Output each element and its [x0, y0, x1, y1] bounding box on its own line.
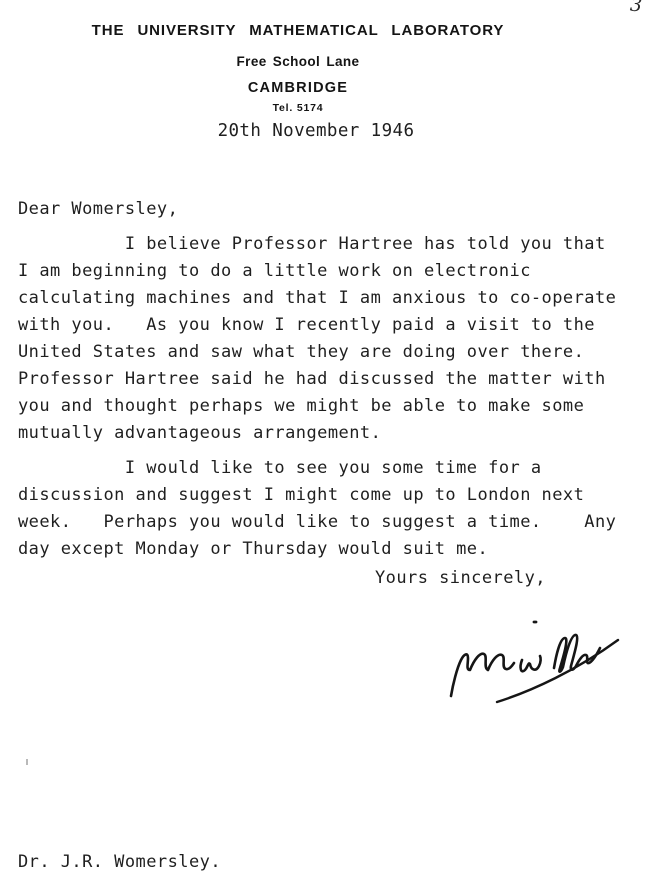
letter-date: 20th November 1946: [0, 121, 632, 141]
body-line: discussion and suggest I might come up t…: [18, 482, 616, 509]
letter-body: Dear Womersley, I believe Professor Hart…: [18, 196, 616, 563]
handwritten-signature-icon: [437, 608, 649, 720]
letterhead-address: Free School Lane: [0, 55, 596, 69]
body-line: day except Monday or Thursday would suit…: [18, 536, 616, 563]
closing: Yours sincerely,: [375, 568, 546, 588]
paragraph-1: I believe Professor Hartree has told you…: [18, 231, 616, 447]
letterhead: THE UNIVERSITY MATHEMATICAL LABORATORY F…: [0, 23, 596, 114]
letterhead-telephone: Tel. 5174: [0, 103, 596, 114]
letter-page: 3 THE UNIVERSITY MATHEMATICAL LABORATORY…: [0, 0, 650, 888]
letterhead-city: CAMBRIDGE: [0, 81, 596, 96]
handwritten-page-number: 3: [629, 0, 643, 16]
paragraph-2: I would like to see you some time for a …: [18, 455, 616, 563]
body-line: I would like to see you some time for a: [18, 455, 616, 482]
salutation: Dear Womersley,: [18, 196, 616, 223]
recipient-line: Dr. J.R. Womersley.: [18, 852, 221, 872]
scan-artifact-speck: [26, 759, 28, 765]
body-line: United States and saw what they are doin…: [18, 339, 616, 366]
body-line: calculating machines and that I am anxio…: [18, 285, 616, 312]
body-line: with you. As you know I recently paid a …: [18, 312, 616, 339]
body-line: I believe Professor Hartree has told you…: [18, 231, 616, 258]
body-line: I am beginning to do a little work on el…: [18, 258, 616, 285]
letterhead-organization: THE UNIVERSITY MATHEMATICAL LABORATORY: [0, 23, 596, 38]
body-line: you and thought perhaps we might be able…: [18, 393, 616, 420]
body-line: week. Perhaps you would like to suggest …: [18, 509, 616, 536]
body-line: Professor Hartree said he had discussed …: [18, 366, 616, 393]
body-line: mutually advantageous arrangement.: [18, 420, 616, 447]
